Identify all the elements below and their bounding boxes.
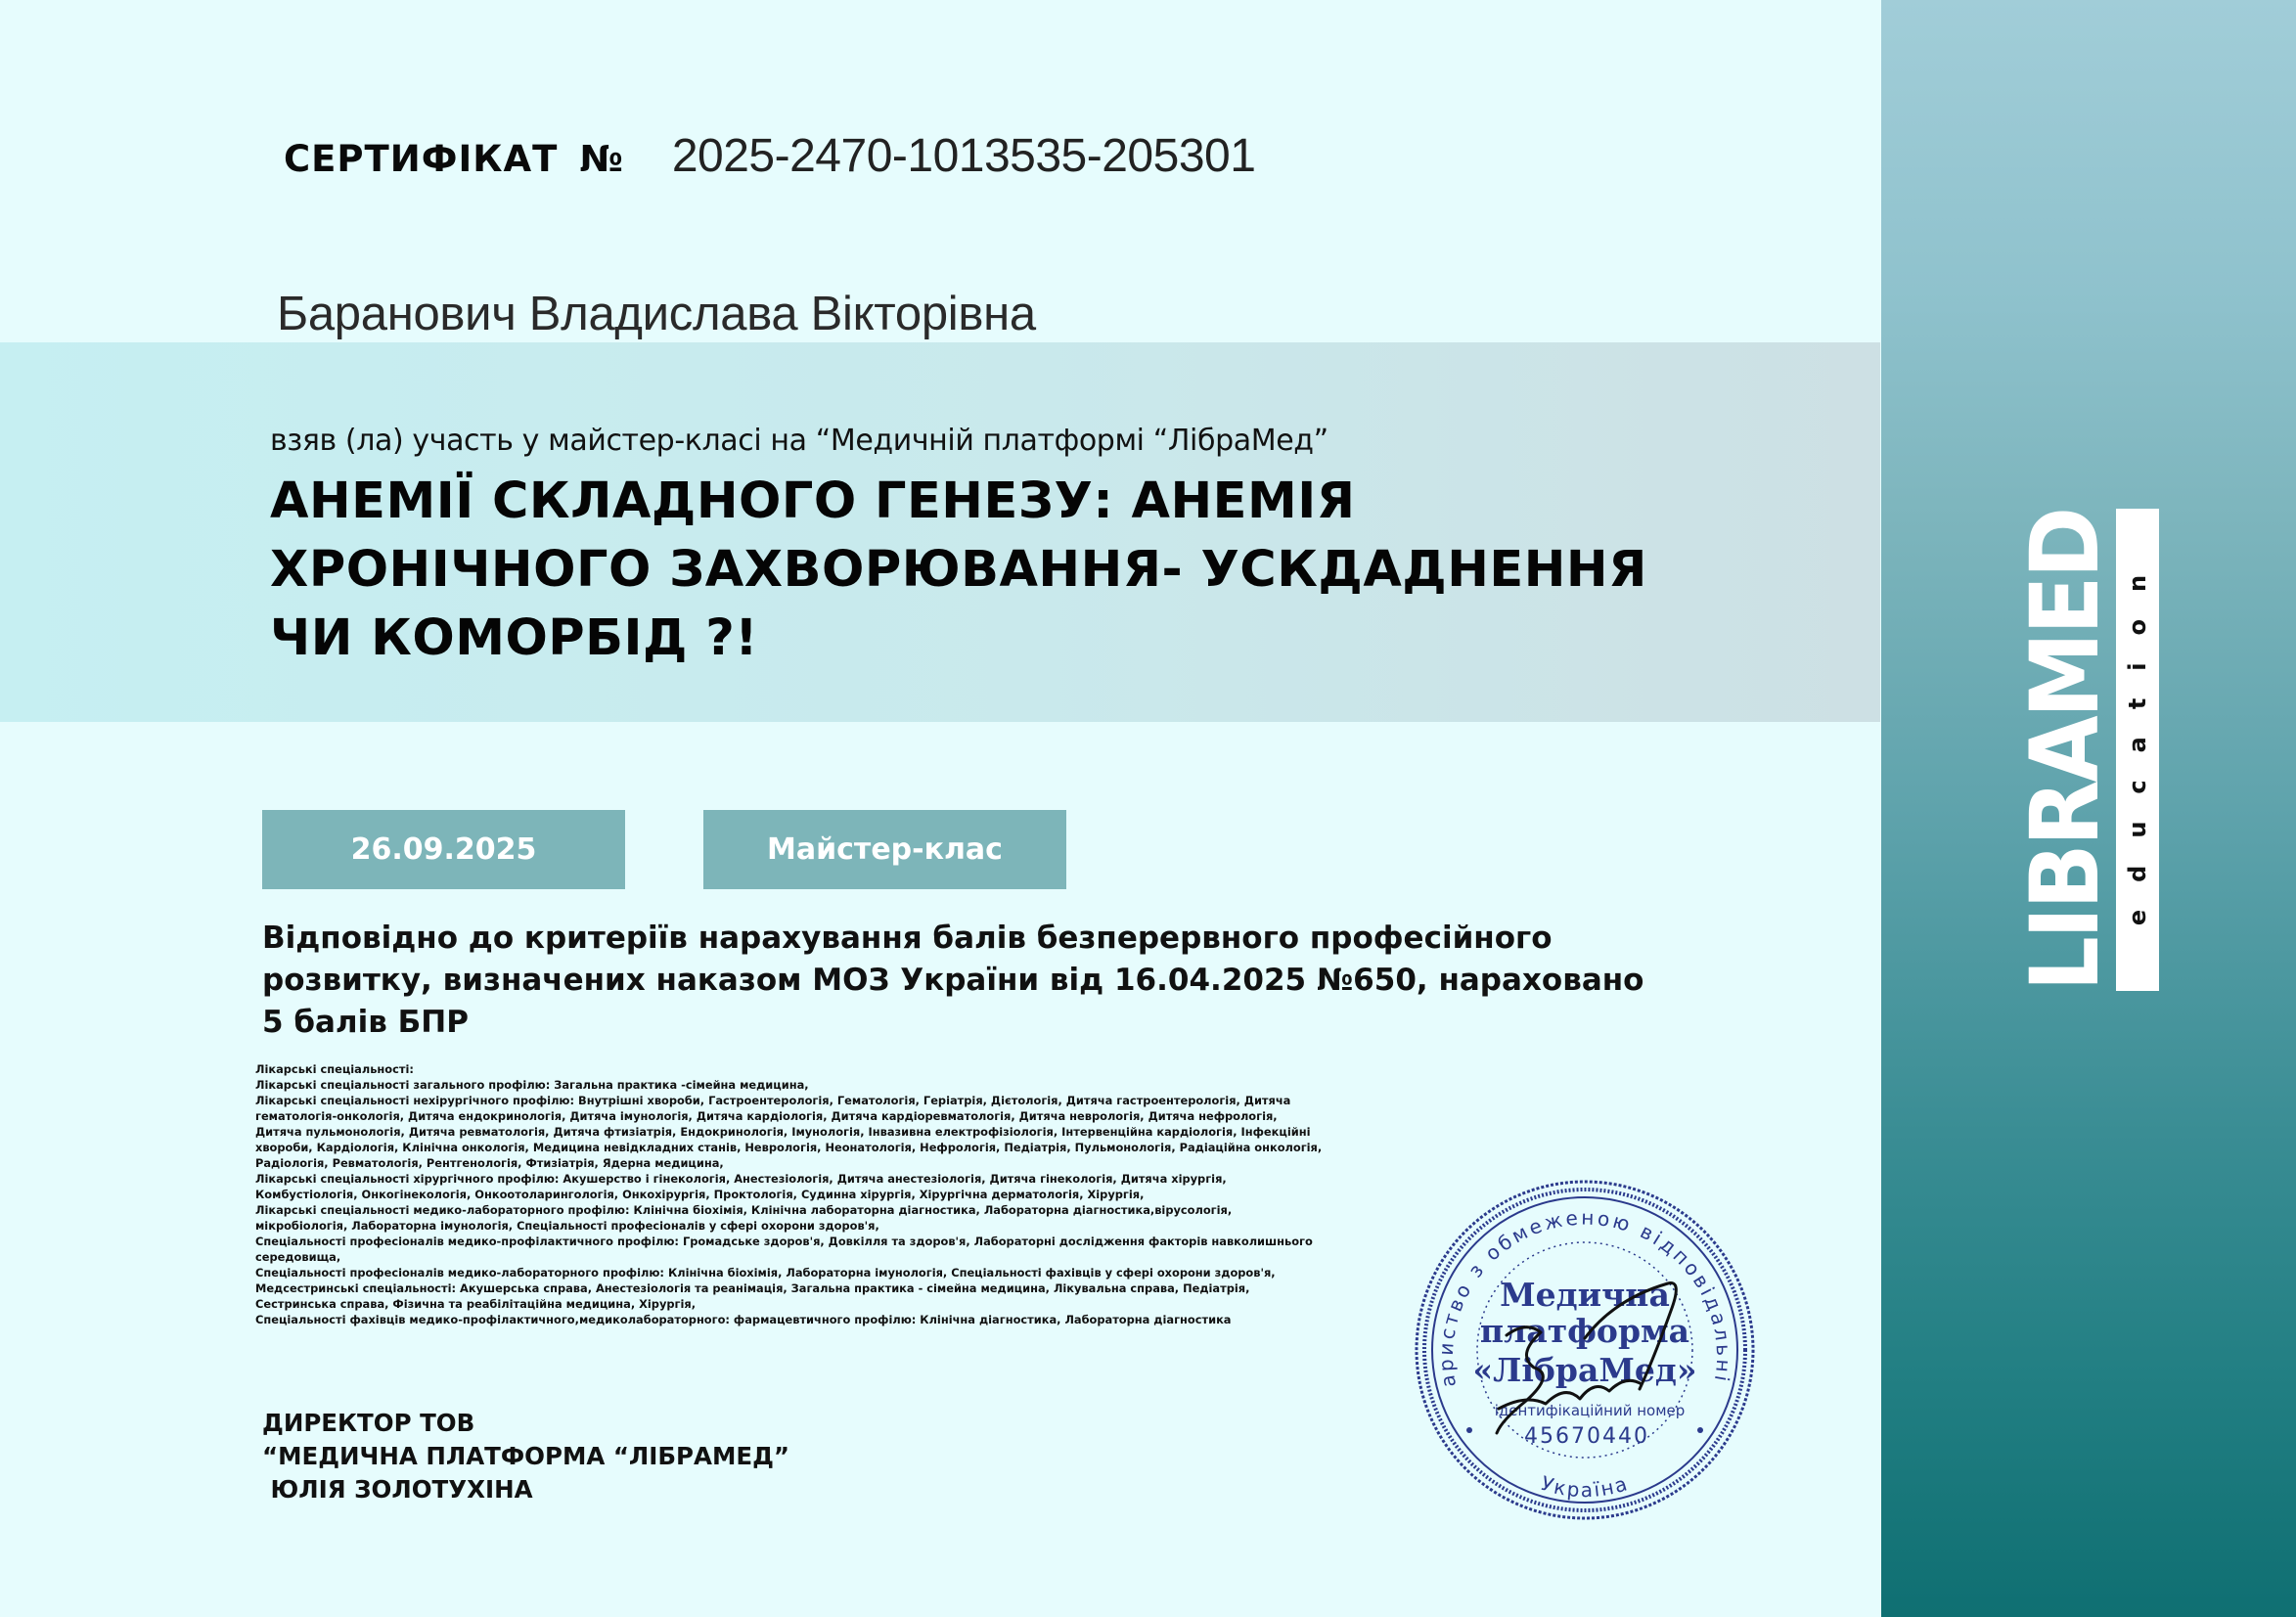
course-title-line: ЧИ КОМОРБІД ?!: [270, 605, 1796, 673]
recipient-name: Баранович Владислава Вікторівна: [277, 287, 1036, 341]
event-type-badge: Майстер-клас: [703, 810, 1066, 889]
svg-text:Україна: Україна: [1538, 1471, 1631, 1502]
specialty-line: Дитяча пульмонологія, Дитяча ревматологі…: [255, 1124, 1468, 1140]
credits-line: Відповідно до критеріїв нарахування балі…: [262, 918, 1710, 960]
course-title: АНЕМІЇ СКЛАДНОГО ГЕНЕЗУ: АНЕМІЯ ХРОНІЧНО…: [270, 468, 1796, 673]
signatory-name: ЮЛІЯ ЗОЛОТУХІНА: [262, 1473, 789, 1506]
specialty-line: Медсестринські спеціальності: Акушерська…: [255, 1280, 1468, 1296]
stamp-line: Медична: [1500, 1276, 1670, 1314]
specialty-line: Комбустіологія, Онкогінекологія, Онкоото…: [255, 1187, 1468, 1202]
signatory-block: ДИРЕКТОР ТОВ “МЕДИЧНА ПЛАТФОРМА “ЛІБРАМЕ…: [262, 1407, 789, 1506]
specialty-line: Сестринська справа, Фізична та реабіліта…: [255, 1296, 1468, 1312]
participation-text: взяв (ла) участь у майстер-класі на “Мед…: [270, 424, 1328, 458]
event-date-badge: 26.09.2025: [262, 810, 625, 889]
event-date: 26.09.2025: [351, 832, 537, 867]
specialty-line: Спеціальності професіоналів медико-лабор…: [255, 1265, 1468, 1280]
logo-tagline-bar: education: [2116, 509, 2159, 991]
specialty-line: хвороби, Кардіологія, Клінічна онкологія…: [255, 1140, 1468, 1155]
specialty-line: Радіологія, Ревматологія, Рентгенологія,…: [255, 1155, 1468, 1171]
certificate-label: СЕРТИФІКАТ: [284, 138, 558, 180]
specialty-line: Лікарські спеціальності нехірургічного п…: [255, 1093, 1468, 1108]
specialty-line: мікробіологія, Лабораторна імунологія, С…: [255, 1218, 1468, 1234]
specialty-line: Лікарські спеціальності:: [255, 1061, 1468, 1077]
course-title-line: ХРОНІЧНОГО ЗАХВОРЮВАННЯ- УСКДАДНЕННЯ: [270, 536, 1796, 605]
specialty-line: гематологія-онкологія, Дитяча ендокринол…: [255, 1108, 1468, 1124]
specialties-list: Лікарські спеціальності:Лікарські спеціа…: [255, 1061, 1468, 1327]
specialty-line: Спеціальності професіоналів медико-профі…: [255, 1234, 1468, 1249]
official-stamp: Товариство з обмеженою відповідальністю …: [1409, 1174, 1761, 1526]
event-type: Майстер-клас: [767, 832, 1003, 867]
logo-tagline-text: education: [2126, 547, 2149, 952]
specialty-line: Лікарські спеціальності хірургічного про…: [255, 1171, 1468, 1187]
logo-wordmark-text: LIBRAMED: [2018, 509, 2112, 991]
course-title-line: АНЕМІЇ СКЛАДНОГО ГЕНЕЗУ: АНЕМІЯ: [270, 468, 1796, 536]
certificate-header: СЕРТИФІКАТ № 2025-2470-1013535-205301: [284, 129, 1255, 183]
specialty-line: Лікарські спеціальності загального профі…: [255, 1077, 1468, 1093]
certificate-number: 2025-2470-1013535-205301: [672, 129, 1256, 183]
number-sign: №: [579, 138, 623, 180]
specialty-line: Лікарські спеціальності медико-лаборатор…: [255, 1202, 1468, 1218]
libramed-logo: LIBRAMED: [2027, 509, 2103, 991]
cpd-credits-statement: Відповідно до критеріїв нарахування балі…: [262, 918, 1710, 1044]
stamp-country: Україна: [1538, 1471, 1631, 1502]
specialty-line: середовища,: [255, 1249, 1468, 1265]
specialty-line: Спеціальності фахівців медико-профілакти…: [255, 1312, 1468, 1327]
signatory-organization: “МЕДИЧНА ПЛАТФОРМА “ЛІБРАМЕД”: [262, 1440, 789, 1473]
signatory-title: ДИРЕКТОР ТОВ: [262, 1407, 789, 1440]
credits-line: 5 балів БПР: [262, 1002, 1710, 1044]
stamp-line: «ЛібраМед»: [1473, 1351, 1697, 1389]
stamp-id-number: 45670440: [1524, 1424, 1649, 1449]
credits-line: розвитку, визначених наказом МОЗ України…: [262, 960, 1710, 1002]
